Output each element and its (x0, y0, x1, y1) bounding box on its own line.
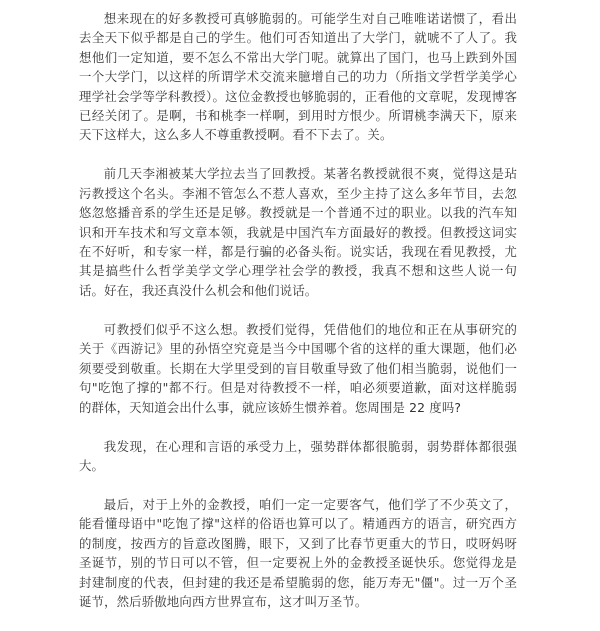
paragraph-4: 我发现，在心理和言语的承受力上，强势群体都很脆弱，弱势群体都很强大。 (79, 437, 517, 476)
article-body: 想来现在的好多教授可真够脆弱的。可能学生对自己唯唯诺诺惯了，看出去全天下似乎都是… (79, 9, 517, 502)
paragraph-1: 想来现在的好多教授可真够脆弱的。可能学生对自己唯唯诺诺惯了，看出去全天下似乎都是… (79, 9, 517, 145)
paragraph-5: 最后，对于上外的金教授，咱们一定一定要客气，他们学了不少英文了，能看懂母语中"吃… (79, 495, 517, 502)
paragraph-2: 前几天李湘被某大学拉去当了回教授。某著名教授就很不爽，觉得这是玷污教授这个名头。… (79, 164, 517, 300)
paragraph-3: 可教授们似乎不这么想。教授们觉得，凭借他们的地位和正在从事研究的关于《西游记》里… (79, 320, 517, 417)
